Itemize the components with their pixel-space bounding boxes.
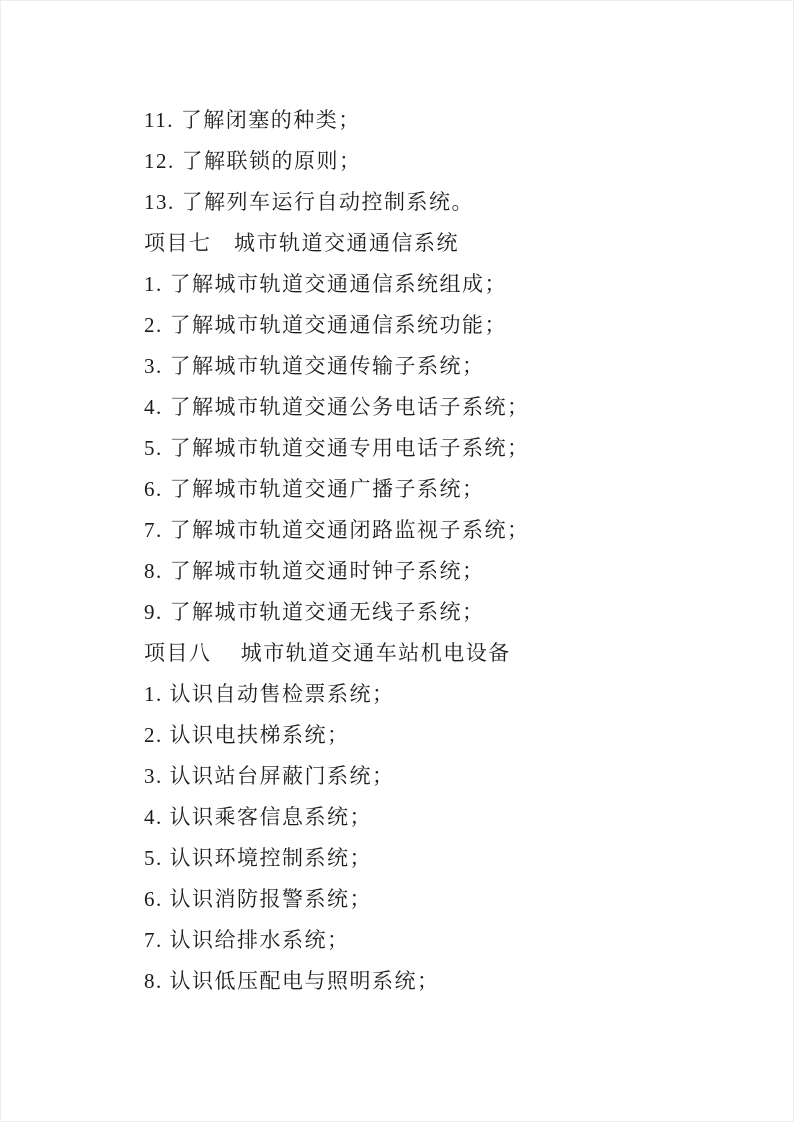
- document-line: 8. 认识低压配电与照明系统；: [144, 961, 723, 1002]
- document-line: 11. 了解闭塞的种类；: [144, 100, 723, 141]
- document-line: 1. 认识自动售检票系统；: [144, 674, 723, 715]
- section-heading-project-eight: 项目八 城市轨道交通车站机电设备: [144, 633, 723, 674]
- document-line: 2. 了解城市轨道交通通信系统功能；: [144, 305, 723, 346]
- document-line: 7. 了解城市轨道交通闭路监视子系统；: [144, 510, 723, 551]
- document-line: 2. 认识电扶梯系统；: [144, 715, 723, 756]
- document-line: 7. 认识给排水系统；: [144, 920, 723, 961]
- document-line: 6. 认识消防报警系统；: [144, 879, 723, 920]
- document-line: 1. 了解城市轨道交通通信系统组成；: [144, 264, 723, 305]
- document-line: 3. 认识站台屏蔽门系统；: [144, 756, 723, 797]
- document-line: 9. 了解城市轨道交通无线子系统；: [144, 592, 723, 633]
- document-line: 8. 了解城市轨道交通时钟子系统；: [144, 551, 723, 592]
- document-line: 12. 了解联锁的原则；: [144, 141, 723, 182]
- document-line: 4. 了解城市轨道交通公务电话子系统；: [144, 387, 723, 428]
- section-heading-project-seven: 项目七 城市轨道交通通信系统: [144, 223, 723, 264]
- document-line: 5. 认识环境控制系统；: [144, 838, 723, 879]
- document-page: 11. 了解闭塞的种类； 12. 了解联锁的原则； 13. 了解列车运行自动控制…: [0, 0, 794, 1122]
- document-line: 6. 了解城市轨道交通广播子系统；: [144, 469, 723, 510]
- document-line: 13. 了解列车运行自动控制系统。: [144, 182, 723, 223]
- document-line: 3. 了解城市轨道交通传输子系统；: [144, 346, 723, 387]
- document-line: 4. 认识乘客信息系统；: [144, 797, 723, 838]
- document-line: 5. 了解城市轨道交通专用电话子系统；: [144, 428, 723, 469]
